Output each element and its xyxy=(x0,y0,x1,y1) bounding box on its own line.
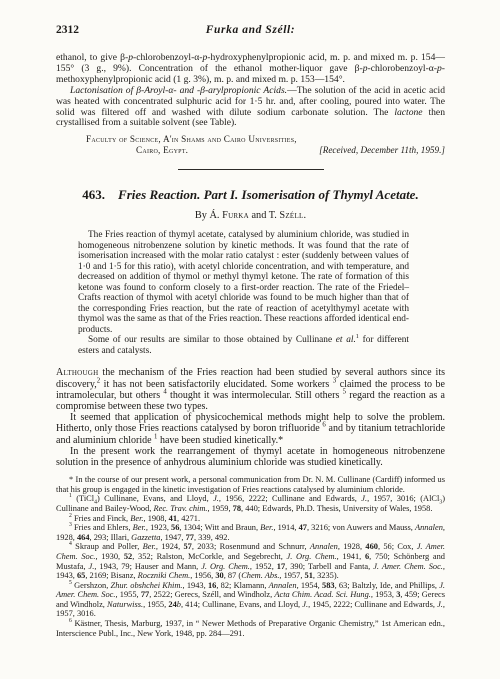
running-header: 2312 Furka and Széll: xyxy=(56,24,445,38)
footnote-reference: 4 Skraup and Poller, Ber., 1924, 57, 203… xyxy=(56,542,445,580)
body-paragraph: It seemed that application of physicoche… xyxy=(56,412,445,446)
affiliation-line: Faculty of Science, A'in Shams and Cairo… xyxy=(56,134,445,145)
footnote-reference: 3 Fries and Ehlers, Ber., 1923, 56, 1304… xyxy=(56,523,445,542)
received-date: [Received, December 11th, 1959.] xyxy=(319,145,445,156)
footnote-reference: 5 Gershzon, Zhur. obshchei Khim., 1943, … xyxy=(56,581,445,619)
affiliation-city: Cairo, Egypt. xyxy=(56,145,188,156)
text-column: 2312 Furka and Széll: ethanol, to give β… xyxy=(56,24,445,638)
abstract-paragraph: The Fries reaction of thymyl acetate, ca… xyxy=(78,230,409,335)
byline: By Á. Furka and T. Széll. xyxy=(56,210,445,221)
abstract-paragraph: Some of our results are similar to those… xyxy=(78,335,409,356)
body-paragraph: Although the mechanism of the Fries reac… xyxy=(56,367,445,412)
article-divider-rule xyxy=(178,169,324,170)
footnote-reference: 6 Kästner, Thesis, Marburg, 1937, in “ N… xyxy=(56,619,445,638)
prev-article-continuation-paragraph: ethanol, to give β-p-chlorobenzoyl-α-p-h… xyxy=(56,53,445,86)
affiliation-block: Faculty of Science, A'in Shams and Cairo… xyxy=(56,134,445,156)
journal-page: 2312 Furka and Széll: ethanol, to give β… xyxy=(0,0,500,679)
footnote-reference: 1 (TiCl4) Cullinane, Evans, and Lloyd, J… xyxy=(56,494,445,513)
body-paragraph: In the present work the rearrangement of… xyxy=(56,446,445,468)
running-title: Furka and Széll: xyxy=(56,24,445,36)
article-number: 463. xyxy=(82,187,105,202)
article-heading: 463.Fries Reaction. Part I. Isomerisatio… xyxy=(56,187,445,203)
footnote-reference: 2 Fries and Finck, Ber., 1908, 41, 4271. xyxy=(56,514,445,524)
footnote-star: * In the course of our present work, a p… xyxy=(56,475,445,494)
footnotes-block: * In the course of our present work, a p… xyxy=(56,475,445,638)
affiliation-row: Cairo, Egypt. [Received, December 11th, … xyxy=(56,145,445,156)
abstract: The Fries reaction of thymyl acetate, ca… xyxy=(78,230,409,356)
prev-article-lactonisation-paragraph: Lactonisation of β-Aroyl-α- and -β-arylp… xyxy=(56,86,445,130)
article-title: Fries Reaction. Part I. Isomerisation of… xyxy=(118,187,419,202)
